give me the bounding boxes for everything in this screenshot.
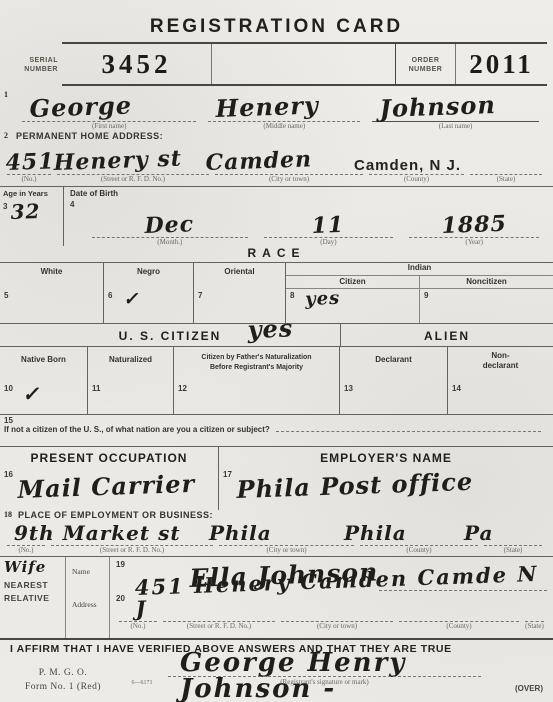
first-name-value: George <box>29 93 132 121</box>
last-name-label: (Last name) <box>372 122 539 130</box>
non-declarant-label: Non- declarant <box>448 347 553 382</box>
nearest-relative-left-cell: Wife NEAREST RELATIVE <box>0 557 66 638</box>
serial-number-value: 3452 <box>62 44 212 84</box>
birth-year-label: (Year) <box>409 238 539 246</box>
over-label: (OVER) <box>487 658 545 702</box>
birth-month-field: Dec (Month.) <box>92 215 248 246</box>
line-number-2: 2 <box>4 131 16 140</box>
native-born-checkmark: ✓ <box>22 383 41 414</box>
nation-question: If not a citizen of the U. S., of what n… <box>4 425 270 434</box>
citizenship-column-headers: Native Born Naturalized Citizen by Fathe… <box>0 346 553 382</box>
relative-relation-value: Wife <box>4 558 46 576</box>
nearest-relative-header: NEAREST RELATIVE <box>4 579 63 605</box>
birth-month-value: Dec <box>144 213 194 237</box>
line-number-17: 17 <box>223 470 232 479</box>
home-state-label: (State) <box>470 174 542 185</box>
line-number-19: 19 <box>116 557 130 569</box>
employment-city-label: (City or town) <box>219 545 354 556</box>
card-title: REGISTRATION CARD <box>150 16 403 38</box>
birth-header: Date of Birth <box>70 189 547 198</box>
age-birth-row: Age in Years 3 32 Date of Birth 4 Dec (M… <box>0 186 553 246</box>
employers-name-header: EMPLOYER'S NAME <box>218 447 553 468</box>
last-name-value: Johnson <box>379 93 496 121</box>
middle-name-value: Henery <box>216 93 320 121</box>
line-number-12: 12 <box>178 384 187 414</box>
serial-number-label: SERIAL NUMBER <box>4 42 62 86</box>
home-county-label: (County) <box>369 174 464 185</box>
relative-street-label: (Street or R. F. D. No.) <box>163 621 275 633</box>
citizenship-header-row: U. S. CITIZEN yes ALIEN <box>0 324 553 346</box>
form-id-block: P. M. G. O. Form No. 1 (Red) <box>4 658 122 702</box>
birth-year-value: 1885 <box>441 212 507 236</box>
employment-state: Pa <box>464 521 493 545</box>
naturalized-value <box>109 384 110 414</box>
last-name-field: Johnson (Last name) <box>372 86 539 130</box>
race-oriental-label: Oriental <box>194 263 285 289</box>
race-indian-citizen-cell: Citizen 8yes <box>286 276 420 323</box>
race-white-label: White <box>0 263 103 289</box>
birth-month-label: (Month.) <box>92 238 248 246</box>
home-address-section: 2 PERMANENT HOME ADDRESS: 451 Henery st … <box>0 130 553 186</box>
alien-header: ALIEN <box>340 324 553 346</box>
employment-state-label: (State) <box>484 545 542 556</box>
age-value: 32 <box>11 201 42 222</box>
race-citizen-value: yes <box>305 290 341 323</box>
race-white-value <box>19 291 20 323</box>
home-address-county-state: Camden, N J. <box>354 157 461 174</box>
birth-year-field: 1885 (Year) <box>409 215 539 246</box>
first-name-label: (First name) <box>22 122 196 130</box>
relative-state-label: (State) <box>525 621 544 633</box>
line-number-9: 9 <box>424 291 428 323</box>
first-name-field: George (First name) <box>22 86 196 130</box>
us-citizen-annotation: yes <box>247 316 294 342</box>
occupation-value: Mail Carrier <box>17 472 195 502</box>
line-number-6: 6 <box>108 291 112 323</box>
line-number-3: 3 <box>3 202 7 222</box>
line-number-5: 5 <box>4 291 8 323</box>
employment-street-label: (Street or R. F. D. No.) <box>51 545 213 556</box>
relative-city-label: (City or town) <box>281 621 393 633</box>
citizen-by-father-label: Citizen by Father's Naturalization Befor… <box>174 347 340 382</box>
race-noncitizen-value <box>439 291 440 323</box>
footer-row: P. M. G. O. Form No. 1 (Red) 6—6171 Geor… <box>0 658 553 702</box>
title-row: REGISTRATION CARD <box>0 0 553 40</box>
occupation-employer-values: 16 Mail Carrier 17 Phila Post office <box>0 468 553 510</box>
race-negro-checkmark: ✓ <box>123 290 140 323</box>
line-number-7: 7 <box>198 291 202 323</box>
middle-name-field: Henery (Middle name) <box>208 86 360 130</box>
registrant-signature: George Henry Johnson - <box>180 648 406 702</box>
citizen-by-father-value <box>196 384 197 414</box>
birth-day-label: (Day) <box>264 238 394 246</box>
nation-answer-line <box>276 431 541 432</box>
relative-no-label: (No.) <box>119 621 157 633</box>
race-noncitizen-label: Noncitizen <box>420 276 553 289</box>
line-number-13: 13 <box>344 384 353 414</box>
employment-no-street: 9th Market st <box>14 521 181 545</box>
nearest-relative-field-labels: Name Address <box>66 557 110 638</box>
employment-city: Phila <box>209 521 272 545</box>
employment-county-label: (County) <box>360 545 478 556</box>
race-negro-label: Negro <box>104 263 193 289</box>
order-number-label: ORDER NUMBER <box>395 44 455 84</box>
present-occupation-header: PRESENT OCCUPATION <box>0 447 218 468</box>
employment-county: Phila <box>344 521 407 545</box>
signature-label: (Registrant's signature or mark) <box>162 677 487 686</box>
home-address-city: Camden <box>205 148 312 174</box>
race-indian-label: Indian <box>286 263 553 276</box>
us-citizen-header-text: U. S. CITIZEN <box>119 329 222 343</box>
naturalized-label: Naturalized <box>88 347 174 382</box>
age-box: Age in Years 3 32 <box>0 187 64 246</box>
employer-cell: 17 Phila Post office <box>218 468 553 510</box>
nearest-relative-section: Wife NEAREST RELATIVE Name Address 19 El… <box>0 556 553 638</box>
race-indian-noncitizen-cell: Noncitizen 9 <box>420 276 553 323</box>
order-number-value: 2011 <box>455 44 547 84</box>
line-number-20: 20 <box>116 591 130 603</box>
relative-name-label: Name <box>66 567 109 576</box>
race-oriental-value <box>213 291 214 323</box>
serial-order-row: SERIAL NUMBER 3452 ORDER NUMBER 2011 <box>0 40 553 86</box>
nation-question-row: 15 If not a citizen of the U. S., of wha… <box>0 414 553 446</box>
age-header: Age in Years <box>3 189 60 198</box>
line-number-10: 10 <box>4 384 13 414</box>
race-section-header: RACE <box>0 246 553 262</box>
employment-no-label: (No.) <box>7 545 45 556</box>
declarant-value <box>362 384 363 414</box>
relative-county-label: (County) <box>399 621 519 633</box>
home-city-label: (City or town) <box>215 174 363 185</box>
race-negro-cell: Negro 6✓ <box>104 263 194 323</box>
form-id-line2: Form No. 1 (Red) <box>25 682 101 692</box>
registration-card: REGISTRATION CARD SERIAL NUMBER 3452 ORD… <box>0 0 553 702</box>
relative-address-label: Address <box>66 600 109 609</box>
form-id-line1: P. M. G. O. <box>39 668 88 678</box>
print-code: 6—6171 <box>122 658 162 702</box>
name-row: 1 George (First name) Henery (Middle nam… <box>0 86 553 130</box>
us-citizen-header: U. S. CITIZEN yes <box>0 324 340 346</box>
declarant-label: Declarant <box>340 347 448 382</box>
occupation-employer-headers: PRESENT OCCUPATION EMPLOYER'S NAME <box>0 446 553 468</box>
race-indian-group: Indian Citizen 8yes Noncitizen 9 <box>286 263 553 323</box>
nearest-relative-fields: 19 Ella Johnson 20 451 Henery Camden Cam… <box>110 557 553 638</box>
home-address-street: Henery st <box>53 148 182 174</box>
non-declarant-value <box>470 384 471 414</box>
serial-order-box: 3452 ORDER NUMBER 2011 <box>62 42 547 86</box>
birth-day-field: 11 (Day) <box>264 215 394 246</box>
birth-date-box: Date of Birth 4 Dec (Month.) 11 (Day) 18… <box>64 187 553 246</box>
home-address-header: PERMANENT HOME ADDRESS: <box>16 131 163 141</box>
line-number-4: 4 <box>70 198 84 209</box>
employment-section: 18 PLACE OF EMPLOYMENT OR BUSINESS: 9th … <box>0 510 553 556</box>
line-number-16: 16 <box>4 470 13 479</box>
race-citizen-label: Citizen <box>286 276 419 289</box>
citizenship-values-row: 10✓ 11 12 13 14 <box>0 382 553 414</box>
line-number-14: 14 <box>452 384 461 414</box>
line-number-11: 11 <box>92 384 100 414</box>
home-street-label: (Street or R. F. D. No.) <box>57 174 209 185</box>
home-address-no: 451 <box>5 150 55 174</box>
native-born-label: Native Born <box>0 347 88 382</box>
employer-value: Phila Post office <box>236 470 473 502</box>
birth-day-value: 11 <box>311 213 344 236</box>
occupation-cell: 16 Mail Carrier <box>0 468 218 510</box>
signature-block: George Henry Johnson - (Registrant's sig… <box>162 658 487 702</box>
race-white-cell: White 5 <box>0 263 104 323</box>
line-number-15: 15 <box>4 416 545 425</box>
line-number-1: 1 <box>4 86 16 130</box>
serial-blank-space <box>212 44 395 84</box>
middle-name-label: (Middle name) <box>208 122 360 130</box>
